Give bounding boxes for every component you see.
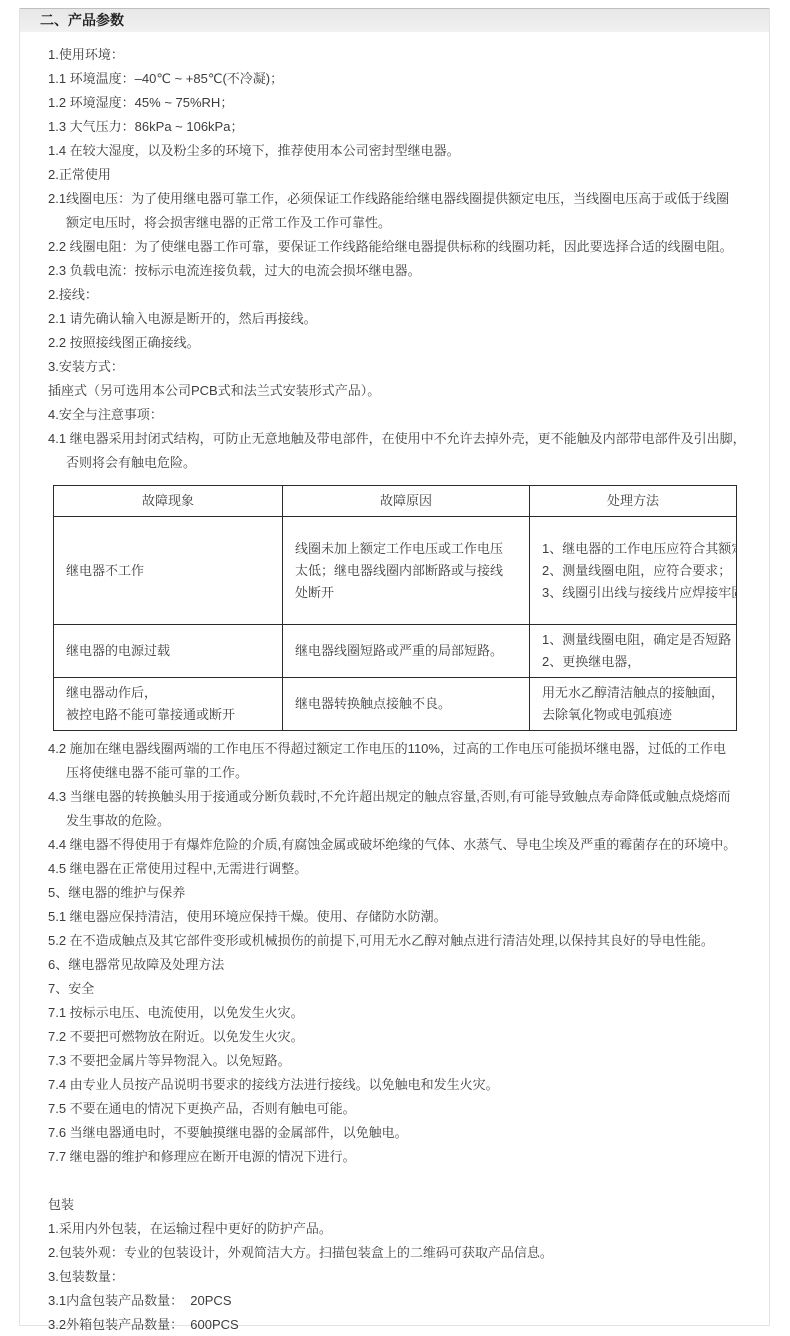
text-line: 2.1线圈电压：为了使用继电器可靠工作，必须保证工作线路能给继电器线圈提供额定电… bbox=[48, 187, 742, 211]
usage-and-safety-text: 1.使用环境： 1.1 环境温度：–40℃ ~ +85℃(不冷凝)； 1.2 环… bbox=[48, 43, 742, 475]
text-line: 2.包装外观：专业的包装设计，外观简洁大方。扫描包装盒上的二维码可获取产品信息。 bbox=[48, 1241, 742, 1265]
text-line: 额定电压时，将会损害继电器的正常工作及工作可靠性。 bbox=[48, 211, 742, 235]
product-parameters-card: 二、产品参数 1.使用环境： 1.1 环境温度：–40℃ ~ +85℃(不冷凝)… bbox=[19, 8, 770, 1326]
text-line: 5.2 在不造成触点及其它部件变形或机械损伤的前提下,可用无水乙醇对触点进行清洁… bbox=[48, 929, 742, 953]
cell-solution: 1、测量线圈电阻，确定是否短路2、更换继电器， bbox=[530, 625, 737, 678]
text-line: 2.接线： bbox=[48, 283, 742, 307]
text-line: 2.1 请先确认输入电源是断开的，然后再接线。 bbox=[48, 307, 742, 331]
page: 二、产品参数 1.使用环境： 1.1 环境温度：–40℃ ~ +85℃(不冷凝)… bbox=[0, 0, 790, 1336]
section-title-bar: 二、产品参数 bbox=[20, 8, 769, 32]
text-line: 压将使继电器不能可靠的工作。 bbox=[48, 761, 742, 785]
cell-phenomenon: 继电器不工作 bbox=[54, 517, 283, 625]
text-line: 2.正常使用 bbox=[48, 163, 742, 187]
text-line: 7.6 当继电器通电时，不要触摸继电器的金属部件，以免触电。 bbox=[48, 1121, 742, 1145]
text-line: 7.4 由专业人员按产品说明书要求的接线方法进行接线。以免触电和发生火灾。 bbox=[48, 1073, 742, 1097]
text-line: 1.1 环境温度：–40℃ ~ +85℃(不冷凝)； bbox=[48, 67, 742, 91]
fault-table-row: 继电器不工作 线圈未加上额定工作电压或工作电压太低；继电器线圈内部断路或与接线处… bbox=[54, 517, 737, 625]
text-line: 3.安装方式： bbox=[48, 355, 742, 379]
text-line: 2.2 线圈电阻：为了使继电器工作可靠，要保证工作线路能给继电器提供标称的线圈功… bbox=[48, 235, 742, 259]
text-line: 7.5 不要在通电的情况下更换产品，否则有触电可能。 bbox=[48, 1097, 742, 1121]
text-line: 7.2 不要把可燃物放在附近。以免发生火灾。 bbox=[48, 1025, 742, 1049]
text-line: 包装 bbox=[48, 1193, 742, 1217]
text-line: 3.1内盒包装产品数量： 20PCS bbox=[48, 1289, 742, 1313]
text-line: 插座式（另可选用本公司PCB式和法兰式安装形式产品）。 bbox=[48, 379, 742, 403]
text-line: 4.4 继电器不得使用于有爆炸危险的介质,有腐蚀金属或破坏绝缘的气体、水蒸气、导… bbox=[48, 833, 742, 857]
text-line: 3.2外箱包装产品数量： 600PCS bbox=[48, 1313, 742, 1336]
fault-table-header-row: 故障现象 故障原因 处理方法 bbox=[54, 486, 737, 517]
col-header-phenomenon: 故障现象 bbox=[54, 486, 283, 517]
text-line: 4.1 继电器采用封闭式结构，可防止无意地触及带电部件，在使用中不允许去掉外壳，… bbox=[48, 427, 742, 451]
cell-solution: 用无水乙醇清洁触点的接触面，去除氧化物或电弧痕迹 bbox=[530, 678, 737, 731]
cell-solution: 1、继电器的工作电压应符合其额定值；2、测量线圈电阻，应符合要求；3、线圈引出线… bbox=[530, 517, 737, 625]
fault-table-row: 继电器的电源过载 继电器线圈短路或严重的局部短路。 1、测量线圈电阻，确定是否短… bbox=[54, 625, 737, 678]
text-line: 7.1 按标示电压、电流使用，以免发生火灾。 bbox=[48, 1001, 742, 1025]
text-line: 1.使用环境： bbox=[48, 43, 742, 67]
text-line: 2.2 按照接线图正确接线。 bbox=[48, 331, 742, 355]
fault-table-row: 继电器动作后，被控电路不能可靠接通或断开 继电器转换触点接触不良。 用无水乙醇清… bbox=[54, 678, 737, 731]
cell-phenomenon: 继电器动作后，被控电路不能可靠接通或断开 bbox=[54, 678, 283, 731]
packaging-text: 包装 1.采用内外包装，在运输过程中更好的防护产品。 2.包装外观：专业的包装设… bbox=[48, 1193, 742, 1336]
text-line: 5.1 继电器应保持清洁，使用环境应保持干燥。使用、存储防水防潮。 bbox=[48, 905, 742, 929]
text-line: 4.3 当继电器的转换触头用于接通或分断负载时,不允许超出规定的触点容量,否则,… bbox=[48, 785, 742, 809]
text-line: 7、安全 bbox=[48, 977, 742, 1001]
col-header-solution: 处理方法 bbox=[530, 486, 737, 517]
text-line: 4.5 继电器在正常使用过程中,无需进行调整。 bbox=[48, 857, 742, 881]
text-line: 2.3 负载电流：按标示电流连接负载，过大的电流会损坏继电器。 bbox=[48, 259, 742, 283]
text-line: 6、继电器常见故障及处理方法 bbox=[48, 953, 742, 977]
text-line: 7.3 不要把金属片等异物混入。以免短路。 bbox=[48, 1049, 742, 1073]
text-line: 否则将会有触电危险。 bbox=[48, 451, 742, 475]
cell-cause: 继电器线圈短路或严重的局部短路。 bbox=[283, 625, 530, 678]
text-line: 4.2 施加在继电器线圈两端的工作电压不得超过额定工作电压的110%，过高的工作… bbox=[48, 737, 742, 761]
text-line: 1.2 环境湿度：45% ~ 75%RH； bbox=[48, 91, 742, 115]
text-line: 3.包装数量： bbox=[48, 1265, 742, 1289]
text-line: 1.采用内外包装，在运输过程中更好的防护产品。 bbox=[48, 1217, 742, 1241]
text-line: 发生事故的危险。 bbox=[48, 809, 742, 833]
text-line: 5、继电器的维护与保养 bbox=[48, 881, 742, 905]
cell-phenomenon: 继电器的电源过载 bbox=[54, 625, 283, 678]
text-line: 7.7 继电器的维护和修理应在断开电源的情况下进行。 bbox=[48, 1145, 742, 1169]
col-header-cause: 故障原因 bbox=[283, 486, 530, 517]
text-line: 1.4 在较大湿度，以及粉尘多的环境下，推荐使用本公司密封型继电器。 bbox=[48, 139, 742, 163]
notes-maintenance-safety-text: 4.2 施加在继电器线圈两端的工作电压不得超过额定工作电压的110%，过高的工作… bbox=[48, 737, 742, 1169]
text-line: 1.3 大气压力：86kPa ~ 106kPa； bbox=[48, 115, 742, 139]
section-title: 二、产品参数 bbox=[40, 12, 124, 28]
cell-cause: 继电器转换触点接触不良。 bbox=[283, 678, 530, 731]
cell-cause: 线圈未加上额定工作电压或工作电压太低；继电器线圈内部断路或与接线处断开 bbox=[283, 517, 530, 625]
fault-table: 故障现象 故障原因 处理方法 继电器不工作 线圈未加上额定工作电压或工作电压太低… bbox=[53, 485, 737, 731]
text-line: 4.安全与注意事项： bbox=[48, 403, 742, 427]
